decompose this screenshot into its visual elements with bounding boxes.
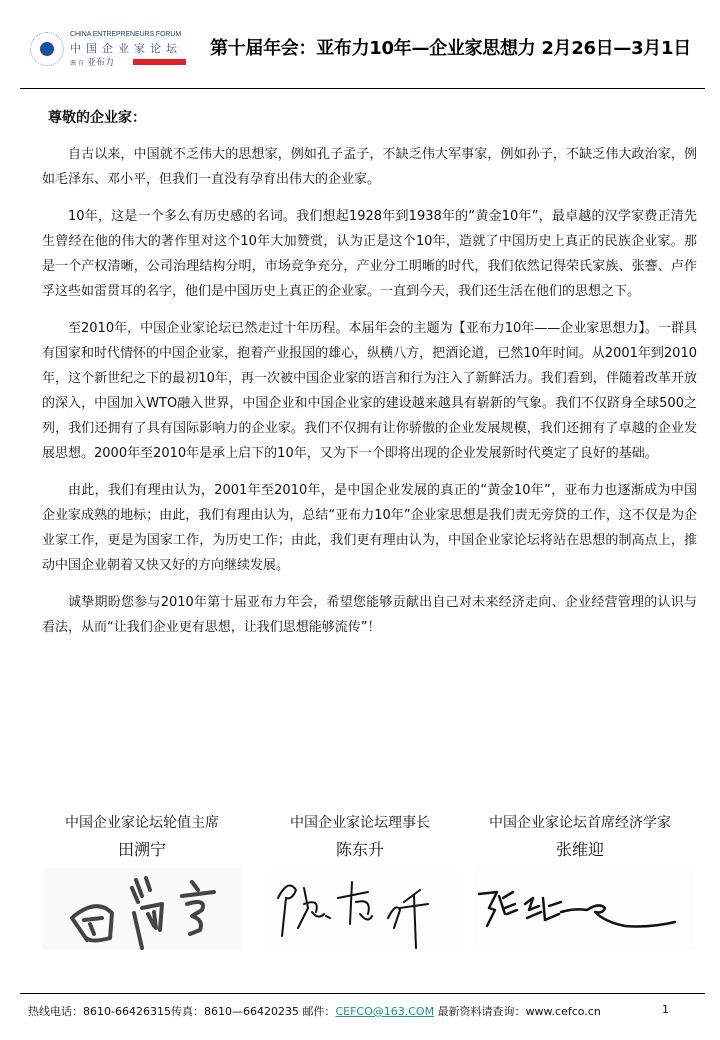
handwritten-signature-1 [42,868,242,950]
signature-economist: 中国企业家论坛首席经济学家 张维迎 [470,812,690,860]
paragraph-4: 由此，我们有理由认为，2001年至2010年，是中国企业发展的真正的“黄金10年… [42,478,697,578]
email-label: 邮件： [302,1005,335,1018]
letter-body: 尊敬的企业家： 自古以来，中国就不乏伟大的思想家，例如孔子孟子，不缺乏伟大军事家… [42,106,697,652]
forum-logo: CHINA ENTREPRENEURS FORUM 中国企业家论坛 源 自亚布力 [30,30,190,68]
signature-block: 中国企业家论坛轮值主席 田溯宁 中国企业家论坛理事长 陈东升 中国企业家论坛首席… [30,812,710,962]
signatory-title: 中国企业家论坛轮值主席 [42,812,242,832]
paragraph-2: 10年，这是一个多么有历史感的名词。我们想起1928年到1938年的“黄金10年… [42,204,697,304]
signatory-title: 中国企业家论坛首席经济学家 [470,812,690,832]
paragraph-3: 至2010年，中国企业家论坛已然走过十年历程。本届年会的主题为【亚布力10年——… [42,316,697,466]
signatory-name: 张维迎 [470,837,690,860]
logo-red-banner [133,59,186,65]
paragraph-5: 诚挚期盼您参与2010年第十届亚布力年会，希望您能够贡献出自己对未来经济走向、企… [42,590,697,640]
signatory-name: 陈东升 [270,837,450,860]
header-divider [20,88,705,89]
logo-subtitle: 源 自亚布力 [70,55,114,68]
logo-chinese-name: 中国企业家论坛 [70,40,182,56]
forum-emblem-icon [30,32,64,66]
website-label: 最新资料请查询： [438,1005,526,1018]
signatory-name: 田溯宁 [42,837,242,860]
hotline-label: 热线电话： [28,1005,83,1018]
footer-divider [20,993,705,994]
signatory-title: 中国企业家论坛理事长 [270,812,450,832]
hotline-number: 8610-66426315 [83,1005,171,1018]
fax-label: 传真： [171,1005,204,1018]
handwritten-signature-2 [268,868,458,950]
handwritten-signature-3 [475,868,695,950]
fax-number: 8610—66420235 [204,1005,299,1018]
logo-sub-brand: 亚布力 [87,58,114,68]
page-number: 1 [662,1003,669,1016]
website-url: www.cefco.cn [526,1005,601,1018]
page-title: 第十届年会：亚布力10年—企业家思想力 2月26日—3月1日 [210,34,691,60]
paragraph-1: 自古以来，中国就不乏伟大的思想家，例如孔子孟子，不缺乏伟大军事家，例如孙子，不缺… [42,142,697,192]
page-header: CHINA ENTREPRENEURS FORUM 中国企业家论坛 源 自亚布力… [0,0,720,90]
footer-contact: 热线电话：8610-66426315传真：8610—66420235 邮件：CE… [28,1003,678,1019]
signature-director: 中国企业家论坛理事长 陈东升 [270,812,450,860]
logo-sub-small: 源 自 [70,60,84,67]
salutation: 尊敬的企业家： [48,106,697,131]
email-link[interactable]: CEFCO@163.COM [335,1005,434,1018]
logo-english-name: CHINA ENTREPRENEURS FORUM [70,31,181,38]
signature-chairman: 中国企业家论坛轮值主席 田溯宁 [42,812,242,860]
